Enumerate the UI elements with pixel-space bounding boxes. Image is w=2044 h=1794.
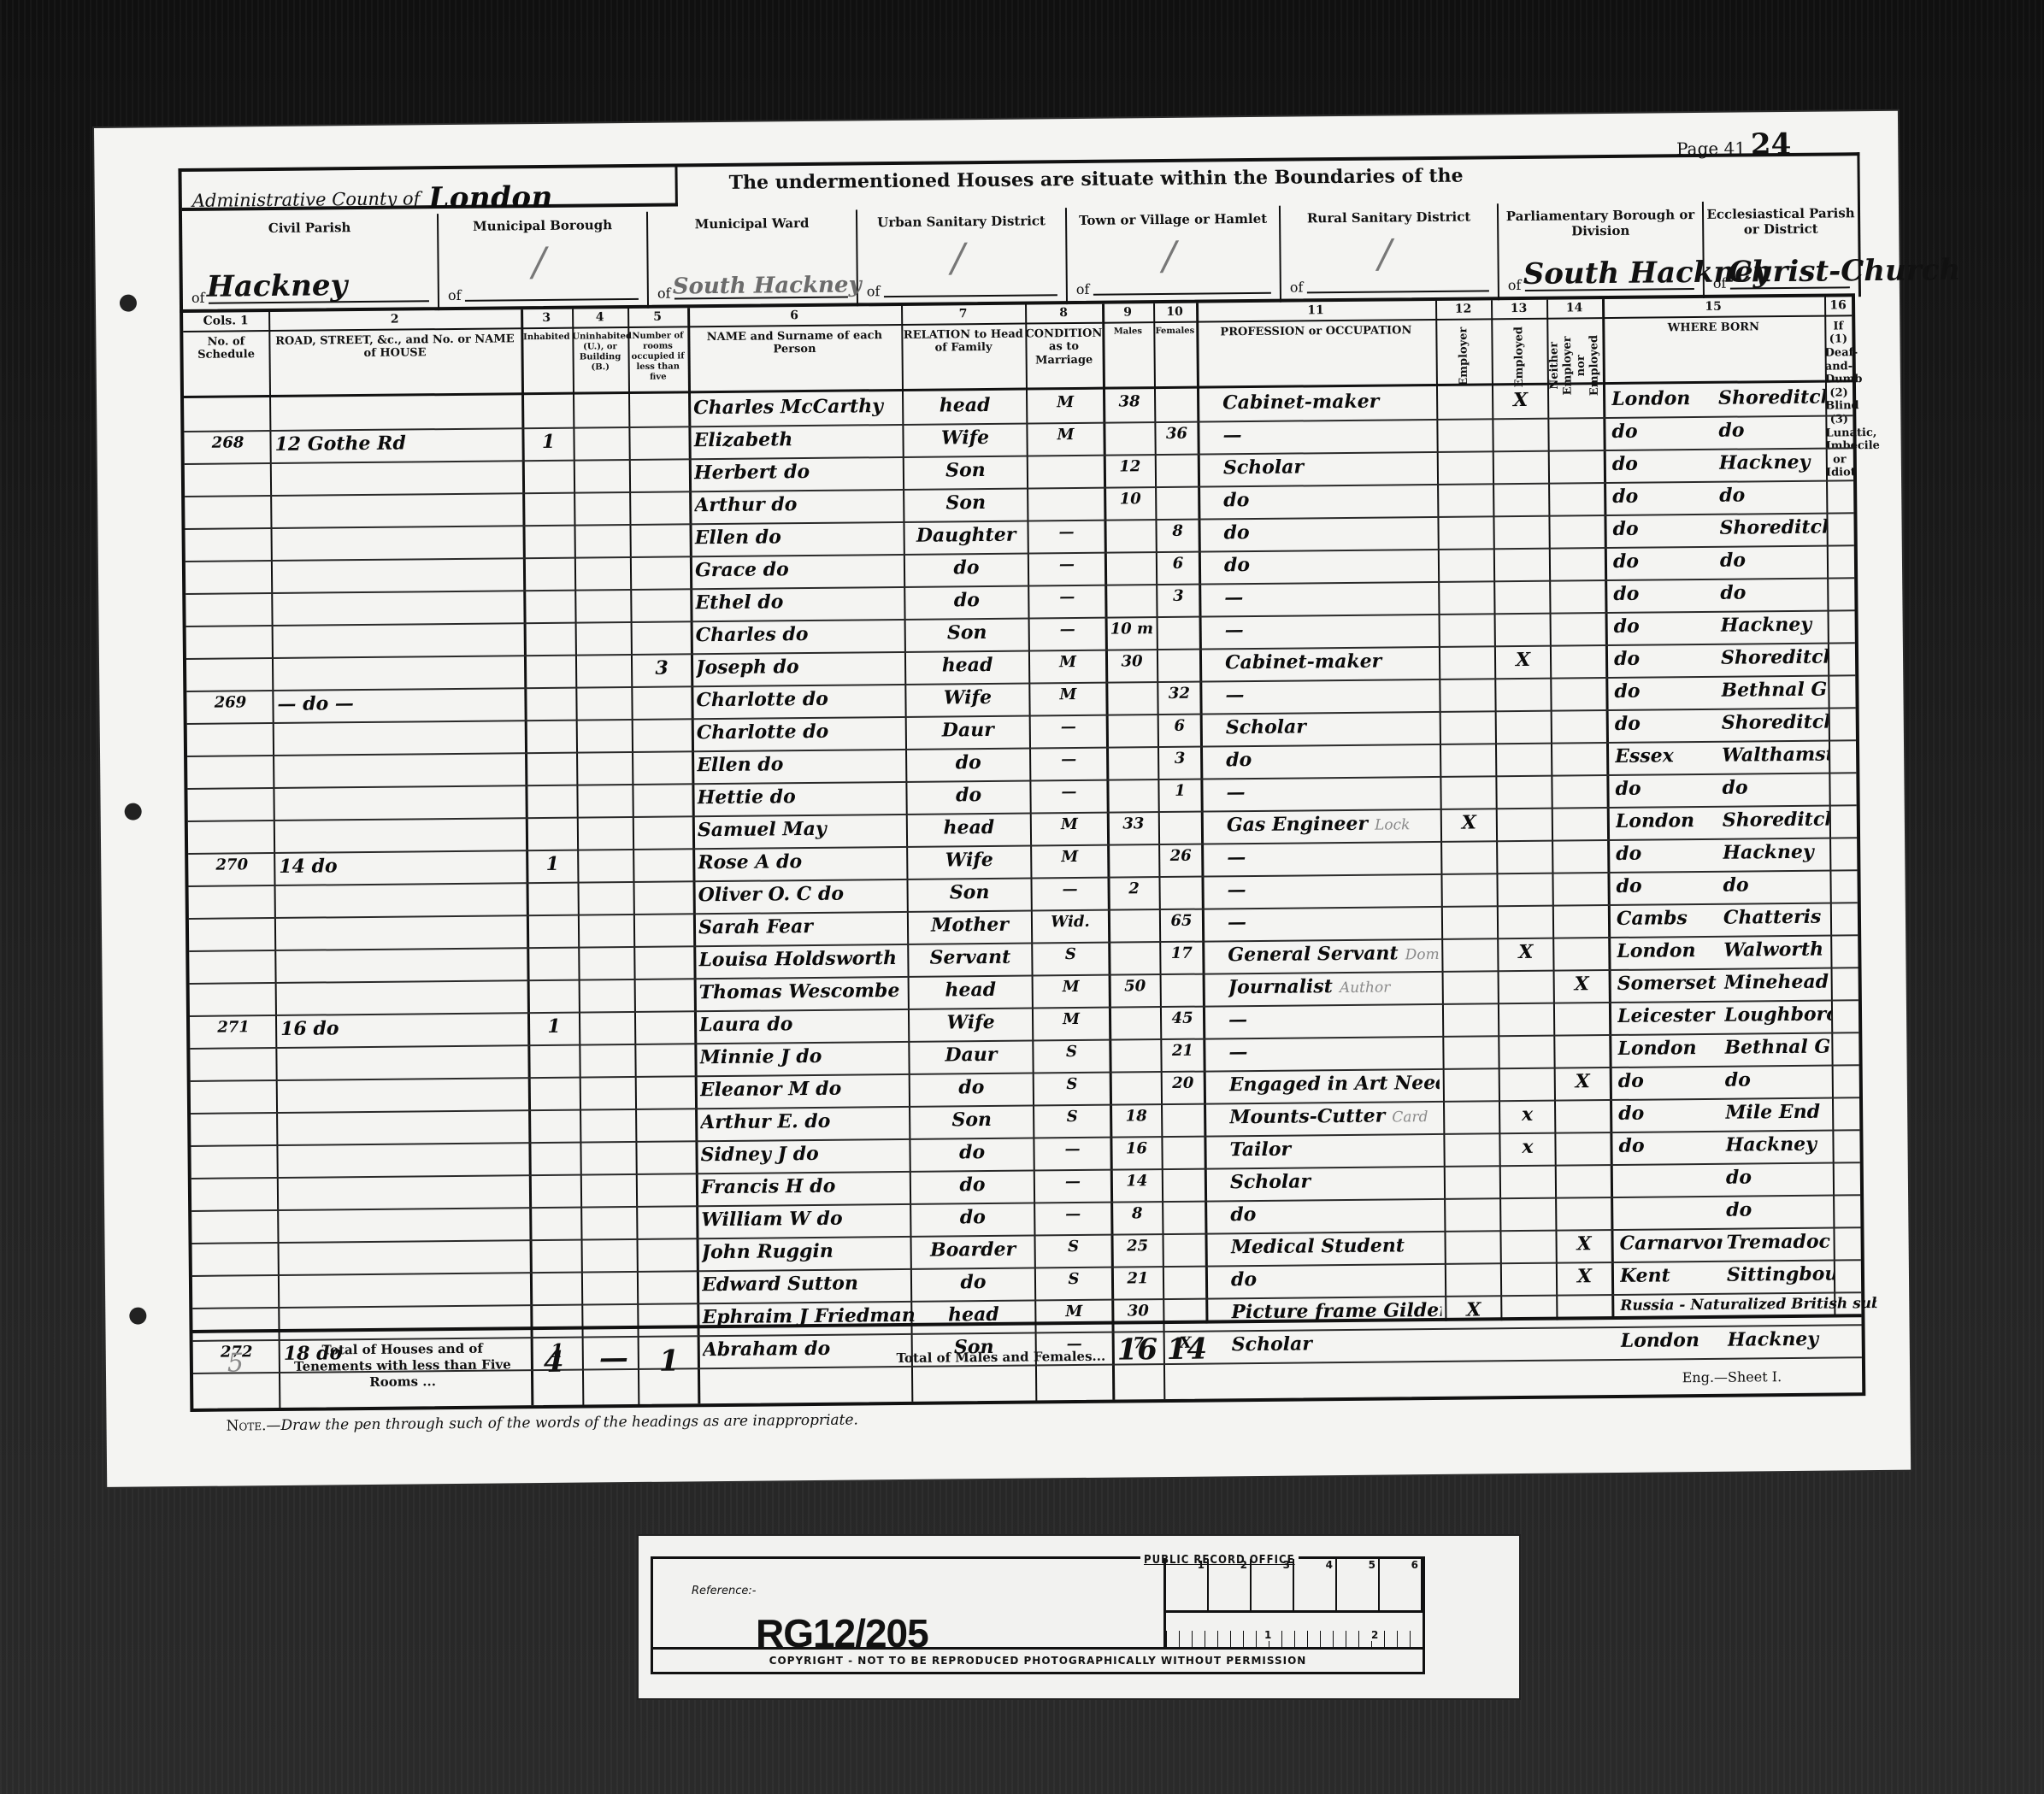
occupation-text: do [1223,489,1249,511]
occupation-text: Cabinet-maker [1222,391,1379,415]
relation: do [915,1173,1030,1197]
division-label: Municipal Ward [648,215,856,232]
occupation-text: Scholar [1223,456,1304,479]
birthplace-town-text: do [1719,484,1745,506]
person-name-text: Ellen do [697,753,783,776]
male-age-text: 2 [1128,879,1140,897]
marital-condition: — [1032,523,1100,542]
relation-text: Son [951,1109,992,1131]
schedule-number-text: 270 [215,856,248,873]
marital-condition-text: M [1063,978,1080,996]
birthplace-county-text: do [1612,518,1638,540]
relation-text: Daur [945,1044,997,1067]
birthplace-town: Shoreditch [1718,386,1825,409]
relation: head [907,394,1022,417]
address: 12 Gothe Rd [274,431,518,456]
intro-text: The undermentioned Houses are situate wi… [729,165,1464,194]
of-label: of [448,287,462,303]
male-age-text: 16 [1126,1139,1147,1157]
note-text: —Draw the pen through such of the words … [266,1411,858,1434]
occupation-text: — [1228,911,1246,933]
employed-mark: X [1499,649,1546,672]
schedule-number: 268 [189,433,266,452]
person-name-text: Thomas Wescombe [699,979,900,1003]
occupation-text: do [1231,1268,1257,1291]
birthplace-county-text: Russia - Naturalized British subject [1620,1295,1876,1315]
neither-mark: X [1559,1070,1606,1093]
birthplace-town: do [1718,419,1825,442]
birthplace-county: do [1613,550,1716,573]
birthplace-county: do [1615,777,1717,800]
address: 14 do [279,853,522,878]
cm-tick: 6 [1380,1559,1423,1610]
relation: Mother [912,914,1028,937]
birthplace-county: Cambs [1617,907,1719,930]
strike-mark: / [533,238,546,285]
occupation: — [1226,779,1436,803]
inhabited: 1 [533,1015,575,1038]
birthplace-town: Chatteris [1723,906,1830,929]
birthplace-town-text: do [1722,776,1747,798]
inhabited-text: 1 [542,431,556,453]
person-name: Arthur do [694,492,925,517]
relation-text: head [945,979,996,1002]
division-value: South Hackney [673,272,862,299]
inhabited-text: 1 [547,1015,561,1038]
occupation-text: — [1226,781,1245,803]
male-age-text: 25 [1127,1237,1148,1255]
marital-condition-text: — [1065,1205,1081,1223]
relation: Wife [913,1011,1028,1034]
marital-condition-text: — [1061,783,1076,801]
female-age: 6 [1161,555,1195,573]
column-header-2: 2ROAD, STREET, &c., and No. or NAME of H… [268,309,521,397]
relation-text: Son [950,881,990,903]
birthplace-county-text: Carnarvonshire, [1619,1232,1722,1255]
female-age-text: 6 [1174,717,1185,735]
occupation: Medical Student [1231,1234,1441,1258]
female-age-text: 36 [1166,425,1187,443]
occupation: do [1224,552,1434,576]
female-age: 3 [1163,750,1197,768]
birthplace-county: do [1615,712,1717,735]
occupation: do [1230,1202,1440,1226]
marital-condition: — [1036,880,1104,899]
employed-mark: X [1502,941,1549,964]
column-header-6: 6NAME and Surname of each Person [687,306,902,393]
employed-mark-text: x [1522,1103,1533,1126]
birthplace-county: do [1611,420,1714,443]
birthplace-town: Bethnal Green [1721,679,1828,702]
pencil-annotation: Author [1340,979,1391,997]
person-name: Oliver O. C do [698,882,929,907]
person-name: Thomas Wescombe [699,979,930,1004]
birthplace-county: Essex [1615,744,1717,768]
employer-mark-text: X [1462,812,1476,834]
relation-text: Servant [929,946,1010,969]
marital-condition-text: M [1057,393,1074,411]
marital-condition: M [1035,848,1104,867]
birthplace-county: Carnarvonshire, [1619,1232,1722,1255]
birthplace-county-text: do [1614,615,1640,638]
inch-tick: 2 [1371,1629,1378,1641]
column-label: No. of Schedule [183,335,268,362]
column-label: WHERE BORN [1602,320,1824,335]
punch-hole [120,295,137,312]
schedule-number: 271 [195,1018,272,1037]
neither-mark-text: X [1575,973,1589,995]
of-label: of [191,290,205,306]
division-label: Ecclesiastical Parish or District [1704,205,1858,238]
rooms-text: 3 [655,657,669,679]
occupation: Scholar [1223,455,1434,479]
address-text: 14 do [279,855,338,878]
occupation: — [1224,585,1434,609]
pencil-annotation: Lock [1375,816,1411,833]
marital-condition: S [1040,1238,1108,1256]
person-name: Laura do [699,1012,930,1037]
relation: Daughter [908,524,1023,547]
schedule-number-text: 269 [215,693,247,711]
birthplace-county: do [1616,874,1718,897]
relation: Son [914,1109,1029,1132]
occupation-text: — [1228,1041,1247,1063]
birthplace-county-text: do [1616,875,1641,897]
column-header-13: 13Employed [1491,300,1547,386]
of-label: of [867,283,881,299]
birthplace-town-text: Hackney [1723,841,1814,864]
marital-condition-text: S [1065,945,1076,963]
marital-condition-text: S [1066,1075,1077,1093]
marital-condition: — [1034,783,1103,802]
birthplace-town: Loughborough [1724,1003,1831,1026]
division-label: Town or Village or Hamlet [1067,211,1279,228]
scale-ruler: 123456 12 [1163,1559,1423,1650]
address-text: — do — [277,692,354,715]
birthplace-town: do [1720,549,1827,572]
relation: Son [908,459,1023,482]
relation: Servant [912,946,1028,969]
of-label: of [657,285,671,302]
totals-row: 5Total of Houses and of Tenements with l… [193,1314,1863,1409]
person-name-text: Laura do [699,1013,793,1036]
birthplace-county-text: do [1612,453,1638,475]
cm-tick: 5 [1337,1559,1380,1610]
birthplace-town: Tremadoc [1726,1231,1833,1254]
marital-condition: Wid. [1036,913,1104,932]
employed-mark-text: X [1516,649,1530,671]
occupation-text: General Servant [1228,942,1399,966]
relation-text: Wife [946,1011,994,1034]
column-number: 2 [268,309,521,332]
male-age: 14 [1116,1172,1158,1190]
occupation-text: — [1224,586,1243,609]
female-age: 45 [1165,1009,1199,1027]
marital-condition-text: — [1060,621,1075,638]
marital-condition-text: — [1061,718,1076,736]
male-age-text: 21 [1127,1269,1148,1287]
birthplace-county-text: do [1611,421,1637,443]
marital-condition: — [1033,556,1101,574]
marital-condition: S [1037,1043,1105,1062]
schedule-number-text: 268 [212,433,244,451]
male-age-text: 8 [1132,1204,1143,1222]
relation-text: Son [945,459,986,481]
birthplace-county-text: do [1613,583,1639,605]
column-label: Uninhabited (U.), or Building (B.) [572,332,627,374]
female-age: 21 [1165,1042,1199,1060]
relation-text: do [953,556,979,579]
male-age: 30 [1110,652,1153,670]
male-age-text: 18 [1126,1107,1147,1125]
occupation-text: do [1226,749,1252,771]
column-header-14: 14Neither Employer nor Employed [1546,299,1603,385]
birthplace-town-text: Walthamstow [1722,744,1829,767]
female-age: 32 [1162,685,1196,703]
occupation-text: Journalist [1228,975,1333,998]
birthplace-county: do [1616,842,1718,865]
female-age-text: 32 [1169,685,1190,703]
person-name-text: William W do [701,1208,843,1232]
column-label: Males [1102,326,1153,338]
person-name-text: Herbert do [694,461,810,484]
person-name-text: Elizabeth [693,428,792,451]
division-ecclesiastical-parish-or-district: Ecclesiastical Parish or DistrictofChris… [1704,200,1858,298]
relation: head [911,816,1027,839]
male-age: 21 [1116,1269,1159,1287]
marital-condition-text: Wid. [1051,913,1090,931]
column-number: 7 [901,305,1025,326]
occupation-text: Medical Student [1231,1234,1405,1258]
cm-tick: 4 [1294,1559,1337,1610]
birthplace-county-text: Cambs [1617,907,1688,930]
person-name-text: Arthur E. do [700,1110,830,1133]
birthplace-county-text: do [1614,680,1640,703]
column-label: CONDITION as to Marriage [1025,326,1102,368]
male-age: 16 [1115,1139,1157,1157]
column-number: 10 [1153,303,1196,323]
marital-condition-text: M [1059,653,1076,671]
person-name-text: Minnie J do [699,1045,822,1068]
marital-condition-text: M [1061,848,1078,866]
birthplace-county: do [1614,615,1717,638]
person-name: Charles McCarthy [693,395,924,420]
occupation: JournalistAuthor [1228,974,1439,998]
relation: head [913,979,1028,1002]
neither-mark: X [1561,1265,1608,1288]
person-name: Samuel May [698,817,928,842]
marital-condition: S [1038,1108,1106,1126]
occupation: — [1225,617,1435,641]
occupation: — [1227,844,1437,868]
neither-mark-text: X [1576,1070,1590,1092]
fill-line [465,298,639,302]
division-label: Urban Sanitary District [857,213,1065,230]
person-name-text: Sidney J do [700,1143,818,1166]
birthplace-town: Minehead [1724,971,1831,994]
column-number: 15 [1602,297,1824,319]
marital-condition-text: — [1058,523,1074,541]
of-label: of [1290,279,1304,295]
person-name: Edward Sutton [702,1272,933,1297]
marital-condition-text: — [1065,1173,1081,1191]
birthplace-town-text: Shoreditch [1722,711,1829,734]
person-name-text: Ethel do [695,591,783,614]
column-header-3: 3Inhabited [521,309,573,396]
person-name-text: Charlotte do [696,688,828,711]
marital-condition: M [1037,1010,1105,1029]
inch-tick: 1 [1264,1629,1271,1641]
marital-condition-text: — [1063,880,1078,898]
marital-condition: S [1038,1075,1106,1094]
person-name-text: Francis H do [701,1175,836,1199]
rooms-total: 1 [659,1344,680,1378]
relation-text: do [960,1271,986,1293]
marital-condition-text: — [1061,750,1076,768]
birthplace-town-text: Shoreditch [1719,516,1826,539]
schedule-number: 269 [191,693,268,712]
occupation: Cabinet-maker [1222,390,1433,414]
person-name: Ellen do [697,752,928,777]
birthplace-town-text: Chatteris [1723,906,1822,929]
houses-total-label: Total of Houses and of Tenements with le… [287,1340,519,1391]
birthplace-town: Hackney [1719,451,1826,474]
marital-condition: M [1031,393,1099,412]
occupation: do [1226,747,1436,771]
occupation-text: Gas Engineer [1227,813,1368,837]
person-name-text: Sarah Fear [698,915,813,938]
column-header-1: Cols. 1No. of Schedule [183,312,269,398]
birthplace-town: do [1725,1068,1832,1091]
relation: Wife [907,426,1022,450]
occupation: — [1227,877,1437,901]
relation-text: do [954,589,980,611]
relation: Son [908,491,1023,515]
employed-mark: x [1504,1136,1551,1159]
marital-condition-text: M [1061,815,1078,833]
relation-text: head [942,654,993,677]
address: — do — [277,691,521,715]
female-age: 36 [1159,425,1193,443]
relation-text: Wife [945,849,993,872]
female-age-text: 3 [1173,587,1184,605]
division-value: Hackney [207,268,348,304]
fill-line [884,294,1057,297]
census-table: Cols. 1No. of Schedule2ROAD, STREET, &c.… [180,293,1865,1412]
column-header-10: 10Females [1153,303,1197,389]
column-header-7: 7RELATION to Head of Family [901,305,1026,391]
birthplace-town: Bethnal Green [1724,1036,1831,1059]
marital-condition: M [1034,685,1102,704]
person-name: Herbert do [694,460,925,485]
employed-mark: X [1497,389,1544,412]
division-label: Rural Sanitary District [1281,209,1497,226]
birthplace-county-text: Somerset [1617,972,1717,995]
person-name-text: Joseph do [696,656,799,679]
birthplace-town: Shoreditch [1721,646,1828,669]
relation-text: Son [945,491,986,514]
birthplace-town-text: Sittingbourne [1727,1263,1834,1286]
birthplace-town-text: Minehead [1724,971,1829,994]
person-name-text: John Ruggin [702,1240,834,1263]
marital-condition-text: — [1059,588,1075,606]
schedule-number: 270 [193,856,270,874]
mf-total-label: Total of Males and Females... [877,1348,1125,1367]
division-rural-sanitary-district: Rural Sanitary Districtof/ [1281,203,1499,302]
male-age: 12 [1109,457,1152,475]
division-civil-parish: Civil ParishofHackney [182,214,439,313]
relation-text: head [943,816,994,839]
occupation: Scholar [1226,715,1436,738]
marital-condition: — [1034,718,1103,737]
person-name: Sidney J do [700,1142,931,1167]
marital-condition: M [1034,653,1102,672]
person-name-text: Arthur do [694,493,797,516]
column-number: 6 [687,306,901,327]
female-age-text: 3 [1175,750,1186,768]
marital-condition-text: — [1059,556,1075,573]
male-age: 8 [1116,1204,1158,1222]
occupation: Cabinet-maker [1225,650,1435,673]
marital-condition-text: S [1068,1270,1079,1288]
column-number: 5 [627,308,687,327]
occupation-text: Scholar [1226,715,1306,738]
inhabited-text: 1 [546,853,560,875]
birthplace-county: do [1612,485,1715,508]
neither-mark: X [1558,973,1605,996]
female-age: 20 [1166,1074,1200,1092]
relation: Daur [910,719,1026,742]
column-header-5: 5Number of rooms occupied if less than f… [627,308,688,394]
sheet-id: Eng.—Sheet I. [1682,1368,1782,1385]
marital-condition-text: — [1064,1140,1080,1158]
birthplace-town-text: Bethnal Green [1724,1036,1831,1059]
birthplace-county-text: do [1618,1070,1644,1092]
occupation: Scholar [1230,1169,1440,1193]
female-age: 1 [1163,782,1197,800]
person-name-text: Oliver O. C do [698,883,845,907]
note-prefix: Note. [226,1417,266,1434]
division-municipal-ward: Municipal WardofSouth Hackney [648,209,858,308]
birthplace-town: Hackney [1721,614,1828,637]
column-header-4: 4Uninhabited (U.), or Building (B.) [572,309,628,395]
marital-condition: M [1031,426,1099,444]
birthplace-county-text: do [1615,778,1641,800]
birthplace-county: London [1611,387,1714,410]
person-name: Grace do [695,557,926,582]
relation: do [910,784,1026,807]
relation: do [909,589,1024,612]
birthplace-town-text: do [1720,581,1746,603]
relation-text: head [940,394,991,417]
inhabited: 1 [531,853,574,875]
pencil-annotation: Dom [1405,946,1439,963]
birthplace-town: Walthamstow [1722,744,1829,767]
female-age: 17 [1164,944,1199,962]
birthplace-county: do [1618,1069,1721,1092]
occupation-text: do [1224,554,1250,576]
relation-text: do [960,1206,986,1228]
relation-text: do [956,751,981,773]
division-value: Christ-Church [1729,253,1961,290]
male-age-text: 10 months [1110,620,1153,638]
occupation: Tailor [1229,1137,1440,1161]
pencil-annotation: Card [1392,1109,1428,1126]
male-age-text: 12 [1119,457,1140,475]
column-label: Employer [1457,326,1470,385]
footnote: Note.—Draw the pen through such of the w… [226,1411,858,1434]
cm-tick: 3 [1252,1559,1294,1610]
